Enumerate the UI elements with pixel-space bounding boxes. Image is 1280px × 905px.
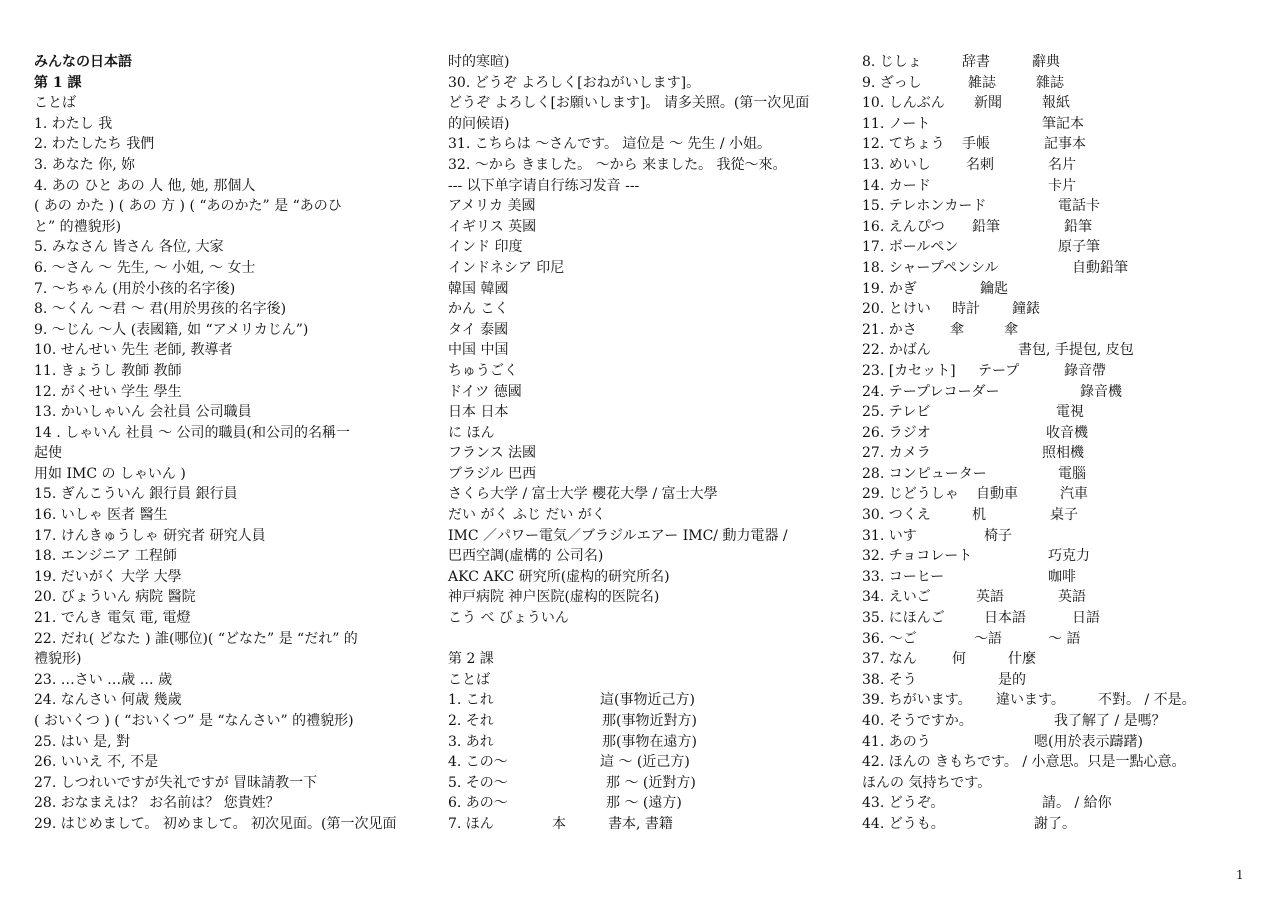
vocab-term: 20. とけい [862,299,931,320]
vocab-meaning: 日本語 [984,608,1026,629]
text-line: 8. ～くん ～君 ～ 君(用於男孩的名字後) [34,299,434,320]
vocab-meaning: 咖啡 [1048,567,1076,588]
text-line: ことば [448,670,848,691]
vocab-term: 15. テレホンカード [862,196,986,217]
text-line: 16. えんぴつ鉛筆鉛筆 [862,217,1262,238]
text-line: 21. かさ傘傘 [862,320,1262,341]
vocab-meaning: 雑誌 [968,73,996,94]
text-line: 39. ちがいます。違います。不對。 / 不是。 [862,690,1262,711]
text-line: IMC ／パワー電気／ブラジルエアー IMC/ 動力電器 / [448,526,848,547]
vocab-meaning: テープ [978,361,1019,382]
vocab-term: 3. あれ [448,732,494,753]
vocab-meaning: 鉛筆 [972,217,1000,238]
text-line: 20. びょういん 病院 醫院 [34,587,434,608]
text-line: 4. あの ひと あの 人 他, 她, 那個人 [34,176,434,197]
vocab-meaning: 自動鉛筆 [1072,258,1128,279]
vocab-meaning: 我了解了 / 是嗎？ [1054,711,1166,732]
text-line: 18. シャープペンシル自動鉛筆 [862,258,1262,279]
vocab-meaning: 記事本 [1044,134,1086,155]
text-line: 25. テレビ電視 [862,402,1262,423]
text-line: 12. がくせい 学生 學生 [34,382,434,403]
vocab-term: 18. シャープペンシル [862,258,998,279]
text-line: 15. テレホンカード電話卡 [862,196,1262,217]
vocab-meaning: 原子筆 [1058,237,1100,258]
vocab-term: 10. しんぶん [862,93,945,114]
text-line: 35. にほんご日本語日語 [862,608,1262,629]
vocab-term: 39. ちがいます。 [862,690,972,711]
text-line: だい がく ふじ だい がく [448,505,848,526]
text-line: ( あの かた ) ( あの 方 ) ( “あのかた” 是 “あのひ [34,196,434,217]
text-line: 16. いしゃ 医者 醫生 [34,505,434,526]
vocab-term: 7. ほん [448,814,494,835]
text-line: 32. チョコレート巧克力 [862,546,1262,567]
text-line: ほんの 気持ちです。 [862,773,1262,794]
vocab-term: 23. [カセット] [862,361,956,382]
text-line: ( おいくつ ) ( “おいくつ” 是 “なんさい” 的禮貌形) [34,711,434,732]
vocab-meaning: 錄音機 [1080,382,1122,403]
vocab-meaning: 那(事物近對方) [602,711,697,732]
vocab-term: 12. てちょう [862,134,945,155]
text-line: 22. だれ( どなた ) 誰(哪位)( “どなた” 是 “だれ” 的 [34,629,434,650]
text-line: 3. あなた 你, 妳 [34,155,434,176]
text-line: 2. わたしたち 我們 [34,134,434,155]
vocab-meaning: 何 [952,649,966,670]
text-line: イギリス 英國 [448,217,848,238]
text-line: 21. でんき 電気 電, 電燈 [34,608,434,629]
text-line: 42. ほんの きもちです。 / 小意思。只是一點心意。 [862,752,1262,773]
text-line: 30. どうぞ よろしく[おねがいします]。 [448,73,848,94]
text-line: 24. テープレコーダー錄音機 [862,382,1262,403]
vocab-meaning: 這(事物近己方) [600,690,695,711]
vocab-meaning: 那 ～ (遠方) [606,793,682,814]
vocab-term: 27. カメラ [862,443,931,464]
vocab-meaning: 筆記本 [1042,114,1084,135]
text-line: 时的寒暄) [448,52,848,73]
vocab-meaning: 那 ～ (近對方) [606,773,696,794]
vocab-meaning: 机 [972,505,986,526]
vocab-term: 6. あの～ [448,793,508,814]
text-line: 11. ノート筆記本 [862,114,1262,135]
vocab-term: 38. そう [862,670,917,691]
vocab-meaning: 請。 / 給你 [1042,793,1112,814]
vocab-meaning: 這 ～ (近己方) [600,752,690,773]
vocab-meaning: 照相機 [1042,443,1084,464]
vocab-term: 5. その～ [448,773,508,794]
text-line: フランス 法國 [448,443,848,464]
text-line: 8. じしょ辞書辭典 [862,52,1262,73]
text-line: 巴西空調(虛構的 公司名) [448,546,848,567]
text-line: 神戸病院 神户医院(虚构的医院名) [448,587,848,608]
text-line: 10. せんせい 先生 老師, 教導者 [34,340,434,361]
text-line: 9. ～じん ～人 (表國籍, 如 “アメリカじん”) [34,320,434,341]
text-line: インドネシア 印尼 [448,258,848,279]
text-line: ドイツ 德國 [448,382,848,403]
text-line: 13. めいし名刺名片 [862,155,1262,176]
text-line: 14 . しゃいん 社員 ～ 公司的職員(和公司的名稱一 [34,423,434,444]
vocab-meaning: 書包, 手提包, 皮包 [1018,340,1134,361]
vocab-meaning: ～ 語 [1048,629,1080,650]
text-line: 日本 日本 [448,402,848,423]
text-line: 43. どうぞ。請。 / 給你 [862,793,1262,814]
vocab-term: 31. いす [862,526,917,547]
text-line: 44. どうも。謝了。 [862,814,1262,835]
text-line: 19. だいがく 大学 大學 [34,567,434,588]
text-line: 18. エンジニア 工程師 [34,546,434,567]
vocab-meaning: 什麼 [1008,649,1036,670]
text-line: 27. カメラ照相機 [862,443,1262,464]
vocab-meaning: 名片 [1048,155,1076,176]
text-line: 23. [カセット]テープ錄音帶 [862,361,1262,382]
vocab-meaning: 自動車 [976,484,1018,505]
vocab-term: 34. えいご [862,587,931,608]
text-line: 27. しつれいですが失礼ですが 冒昧請教一下 [34,773,434,794]
text-line: 20. とけい時計鐘錶 [862,299,1262,320]
vocab-term: 36. ～ご [862,629,917,650]
text-line: 23. …さい …歳 … 歲 [34,670,434,691]
vocab-meaning: 英語 [976,587,1004,608]
vocab-meaning: 桌子 [1050,505,1078,526]
text-line: 6. あの～那 ～ (遠方) [448,793,848,814]
vocab-term: 2. それ [448,711,494,732]
text-line: 19. かぎ鑰匙 [862,279,1262,300]
vocab-term: 29. じどうしゃ [862,484,959,505]
text-line: 40. そうですか。我了解了 / 是嗎？ [862,711,1262,732]
text-line: 2. それ那(事物近對方) [448,711,848,732]
text-line: 28. コンピューター電腦 [862,464,1262,485]
column-middle: 时的寒暄)30. どうぞ よろしく[おねがいします]。どうぞ よろしく[お願いし… [448,52,848,835]
page-number: 1 [1236,868,1244,882]
vocab-term: 14. カード [862,176,931,197]
text-line: 5. その～那 ～ (近對方) [448,773,848,794]
text-line: 29. じどうしゃ自動車汽車 [862,484,1262,505]
text-line: 7. ～ちゃん (用於小孩的名字後) [34,279,434,300]
text-line: 的问候语) [448,114,848,135]
vocab-term: 24. テープレコーダー [862,382,999,403]
vocab-meaning: 傘 [950,320,964,341]
text-line: 6. ～さん ～ 先生, ～ 小姐, ～ 女士 [34,258,434,279]
text-line: こう べ びょういん [448,608,848,629]
text-line: 38. そう是的 [862,670,1262,691]
text-line: 10. しんぶん新聞報紙 [862,93,1262,114]
text-line: 31. こちらは ～さんです。 這位是 ～ 先生 / 小姐。 [448,134,848,155]
vocab-meaning: 手帳 [962,134,990,155]
vocab-meaning: 辭典 [1032,52,1060,73]
vocab-meaning: 那(事物在遠方) [602,732,697,753]
vocab-meaning: ～語 [974,629,1002,650]
vocab-meaning: 不對。 / 不是。 [1098,690,1196,711]
text-line: さくら大学 / 富士大学 櫻花大學 / 富士大學 [448,484,848,505]
vocab-meaning: 違います。 [996,690,1065,711]
vocab-meaning: 謝了。 [1034,814,1076,835]
text-line: 13. かいしゃいん 会社員 公司職員 [34,402,434,423]
text-line: 1. わたし 我 [34,114,434,135]
vocab-meaning: 辞書 [962,52,990,73]
vocab-meaning: 電視 [1056,402,1084,423]
text-line [448,629,848,650]
text-line: と” 的禮貌形) [34,217,434,238]
vocab-term: 35. にほんご [862,608,945,629]
vocab-meaning: 嗯(用於表示躊躇) [1034,732,1143,753]
text-line: 11. きょうし 教師 教師 [34,361,434,382]
vocab-meaning: 巧克力 [1048,546,1090,567]
text-line: 31. いす椅子 [862,526,1262,547]
text-line: ブラジル 巴西 [448,464,848,485]
text-line: 15. ぎんこういん 銀行員 銀行員 [34,484,434,505]
vocab-term: 37. なん [862,649,917,670]
text-line: 7. ほん本書本, 書籍 [448,814,848,835]
vocab-term: 33. コーヒー [862,567,944,588]
text-line: 17. ボールペン原子筆 [862,237,1262,258]
vocab-meaning: 電話卡 [1058,196,1100,217]
text-line: 34. えいご英語英語 [862,587,1262,608]
text-line: 29. はじめまして。 初めまして。 初次见面。(第一次见面 [34,814,434,835]
text-line: 14. カード卡片 [862,176,1262,197]
vocab-term: 26. ラジオ [862,423,931,444]
text-line: 24. なんさい 何歳 幾歲 [34,690,434,711]
vocab-meaning: 新聞 [974,93,1002,114]
text-line: 第 2 課 [448,649,848,670]
vocab-term: 17. ボールペン [862,237,958,258]
vocab-meaning: 鐘錶 [1012,299,1040,320]
vocab-term: 40. そうですか。 [862,711,973,732]
text-line: 37. なん何什麼 [862,649,1262,670]
text-line: 25. はい 是, 對 [34,732,434,753]
heading-line: みんなの日本語 [34,52,434,73]
vocab-term: 19. かぎ [862,279,917,300]
text-line: かん こく [448,299,848,320]
vocab-meaning: 時計 [952,299,980,320]
text-line: 4. この～這 ～ (近己方) [448,752,848,773]
text-line: 22. かばん書包, 手提包, 皮包 [862,340,1262,361]
text-line: タイ 泰國 [448,320,848,341]
vocab-term: 13. めいし [862,155,931,176]
text-line: 韓国 韓國 [448,279,848,300]
vocab-term: 41. あのう [862,732,931,753]
text-line: 30. つくえ机桌子 [862,505,1262,526]
vocab-term: 28. コンピューター [862,464,987,485]
text-line: 禮貌形) [34,649,434,670]
vocab-term: 21. かさ [862,320,917,341]
text-line: アメリカ 美國 [448,196,848,217]
column-left: みんなの日本語第 1 課ことば1. わたし 我2. わたしたち 我們3. あなた… [34,52,434,835]
text-line: どうぞ よろしく[お願いします]。 请多关照。(第一次见面 [448,93,848,114]
vocab-term: 43. どうぞ。 [862,793,944,814]
vocab-term: 25. テレビ [862,402,930,423]
text-line: 起使 [34,443,434,464]
vocab-meaning: 報紙 [1042,93,1070,114]
vocab-meaning: 椅子 [984,526,1012,547]
text-line: 3. あれ那(事物在遠方) [448,732,848,753]
document-page: みんなの日本語第 1 課ことば1. わたし 我2. わたしたち 我們3. あなた… [0,0,1280,905]
text-line: 1. これ這(事物近己方) [448,690,848,711]
vocab-term: 16. えんぴつ [862,217,945,238]
vocab-term: 9. ざっし [862,73,922,94]
vocab-meaning: 書本, 書籍 [608,814,673,835]
text-line: 36. ～ご～語～ 語 [862,629,1262,650]
text-line: ちゅうごく [448,361,848,382]
vocab-term: 8. じしょ [862,52,922,73]
vocab-meaning: 電腦 [1058,464,1086,485]
text-line: AKC AKC 研究所(虚构的研究所名) [448,567,848,588]
text-line: 28. おなまえは？ お名前は？ 您貴姓？ [34,793,434,814]
vocab-term: 1. これ [448,690,494,711]
vocab-meaning: 本 [552,814,566,835]
vocab-term: 30. つくえ [862,505,931,526]
vocab-meaning: 錄音帶 [1064,361,1106,382]
vocab-term: 32. チョコレート [862,546,972,567]
vocab-meaning: 日語 [1072,608,1100,629]
text-line: に ほん [448,423,848,444]
vocab-meaning: 傘 [1004,320,1018,341]
text-line: 33. コーヒー咖啡 [862,567,1262,588]
vocab-meaning: 是的 [998,670,1026,691]
vocab-term: 22. かばん [862,340,931,361]
text-line: 5. みなさん 皆さん 各位, 大家 [34,237,434,258]
text-line: 9. ざっし雑誌雜誌 [862,73,1262,94]
vocab-meaning: 收音機 [1046,423,1088,444]
vocab-meaning: 卡片 [1048,176,1076,197]
vocab-meaning: 雜誌 [1036,73,1064,94]
text-line: インド 印度 [448,237,848,258]
text-line: 32. ～から きました。 ～から 来ました。 我從～來。 [448,155,848,176]
text-line: 12. てちょう手帳記事本 [862,134,1262,155]
text-line: 26. いいえ 不, 不是 [34,752,434,773]
text-line: ことば [34,93,434,114]
vocab-term: 4. この～ [448,752,508,773]
vocab-meaning: 汽車 [1060,484,1088,505]
heading-line: 第 1 課 [34,73,434,94]
text-line: 41. あのう嗯(用於表示躊躇) [862,732,1262,753]
vocab-meaning: 英語 [1058,587,1086,608]
column-right: 8. じしょ辞書辭典9. ざっし雑誌雜誌10. しんぶん新聞報紙11. ノート筆… [862,52,1262,835]
vocab-term: 11. ノート [862,114,930,135]
text-line: --- 以下单字请自行练习发音 --- [448,176,848,197]
vocab-term: 44. どうも。 [862,814,945,835]
text-line: 17. けんきゅうしゃ 研究者 研究人員 [34,526,434,547]
vocab-meaning: 鑰匙 [980,279,1008,300]
vocab-meaning: 名刺 [966,155,994,176]
text-line: 26. ラジオ收音機 [862,423,1262,444]
vocab-meaning: 鉛筆 [1064,217,1092,238]
text-line: 中国 中国 [448,340,848,361]
text-line: 用如 IMC の しゃいん ) [34,464,434,485]
